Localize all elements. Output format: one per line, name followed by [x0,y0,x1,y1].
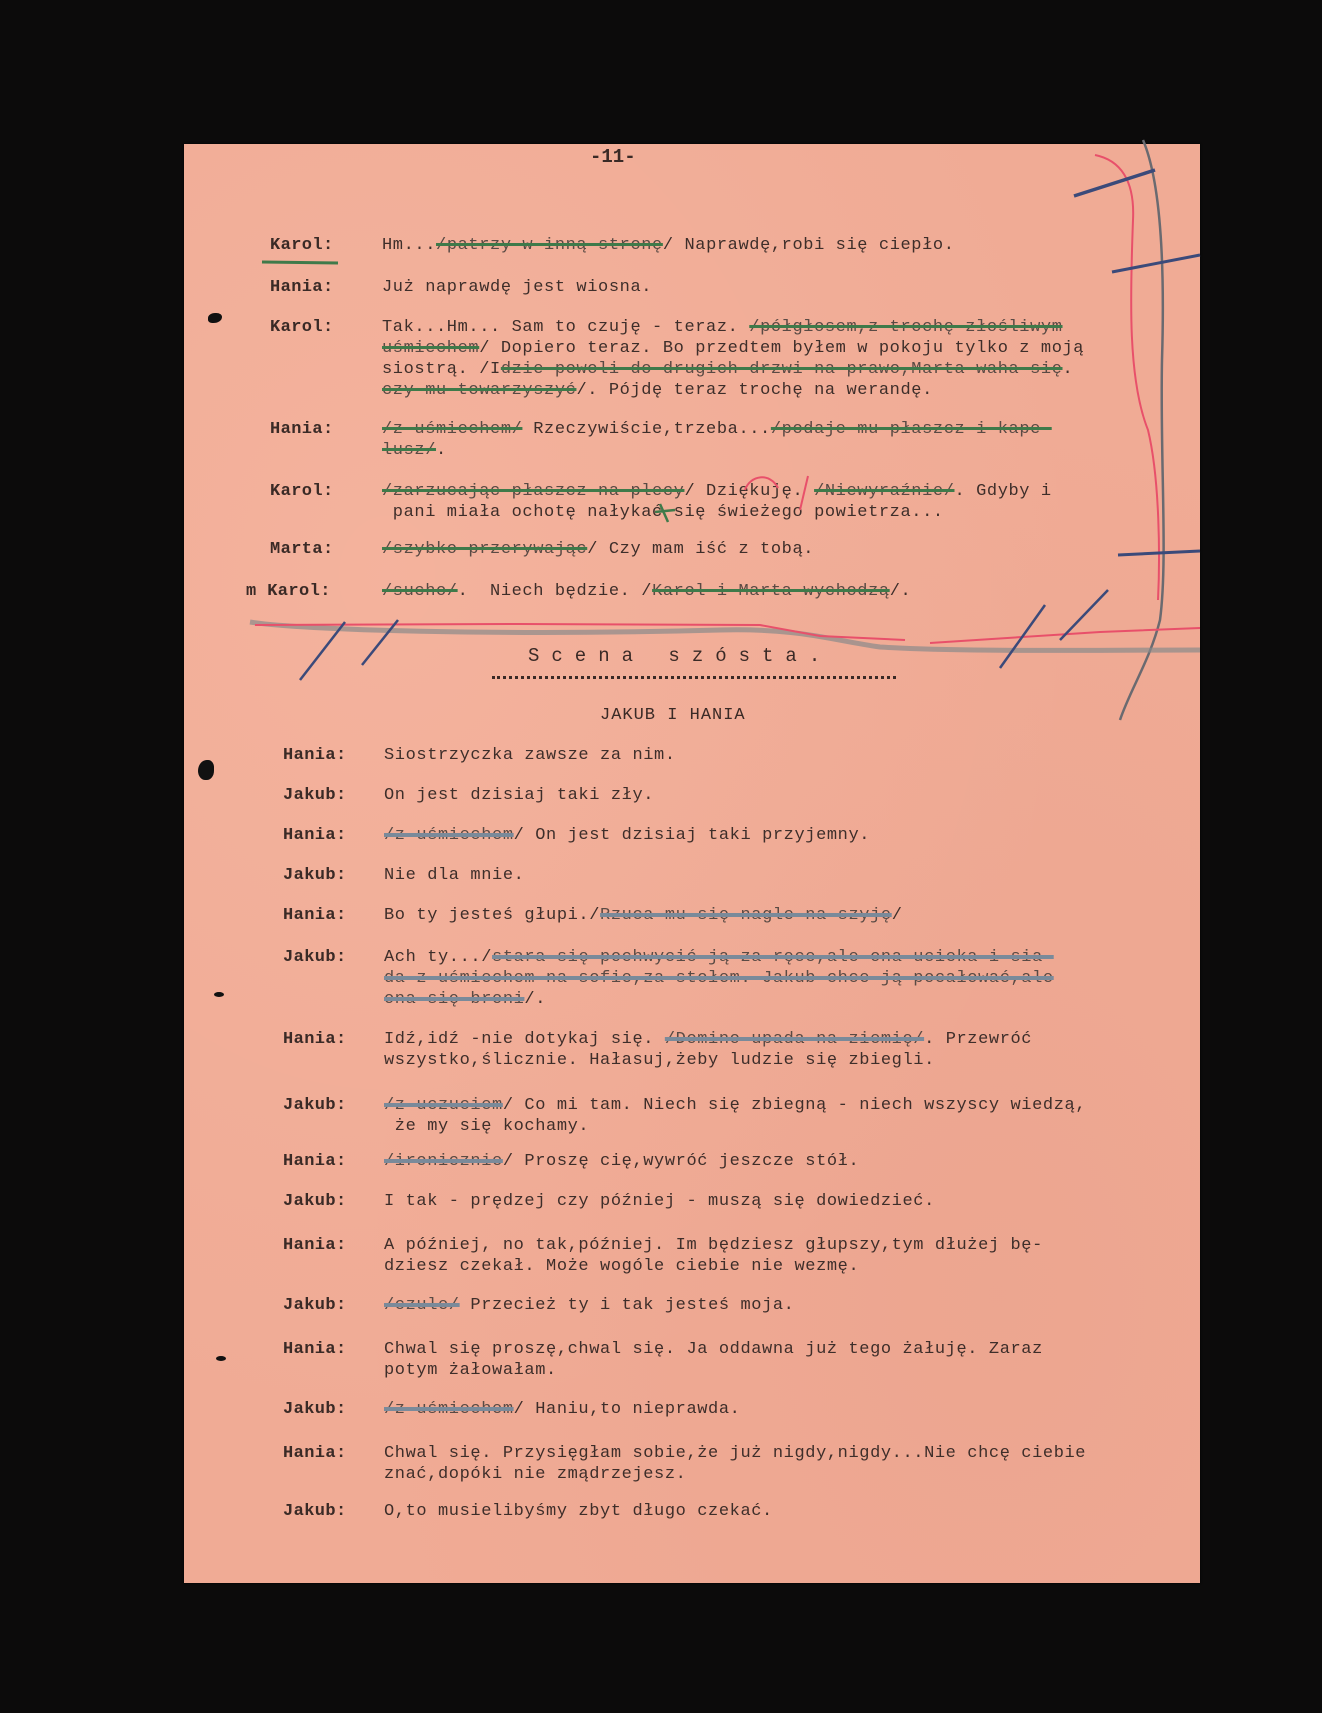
speaker-label: Jakub: [283,1400,347,1419]
speaker-label: Hania: [283,1444,347,1463]
dialogue-line: wszystko,ślicznie. Hałasuj,żeby ludzie s… [384,1051,935,1070]
struck-stage-direction: /Domino upada na ziemię/ [665,1030,924,1049]
struck-stage-direction: czy mu towarzyszyć [382,381,576,400]
dialogue-text: On jest dzisiaj taki zły. [384,786,654,805]
dialogue-line: /zarzucając płaszcz na plecy/ Dziękuję. … [382,482,1052,501]
scene-title: Scena szósta. [528,645,832,667]
dialogue-line: /sucho/. Niech będzie. /Karol i Marta wy… [382,582,911,601]
struck-stage-direction: /z uśmiechem [384,826,514,845]
speaker-label: Karol: [270,318,334,337]
struck-stage-direction: uśmiechem [382,339,479,358]
binding-mark [214,992,224,997]
speaker-label: Hania: [283,826,347,845]
dialogue-line: da z uśmiechem na sofie,za stołem. Jakub… [384,969,1054,988]
page-number: -11- [590,146,636,168]
struck-stage-direction: /czule/ [384,1296,460,1315]
speaker-label: m Karol: [246,582,331,601]
speaker-label: Jakub: [283,1096,347,1115]
dialogue-text: pani miała ochotę nałykać się świeżego p… [382,503,944,522]
struck-stage-direction: Rzuca mu się nagle na szyję [600,906,892,925]
struck-stage-direction: da z uśmiechem na sofie,za stołem. Jakub… [384,969,1054,988]
dialogue-text: / Proszę cię,wywróć jeszcze stół. [503,1152,859,1171]
dialogue-line: dziesz czekał. Może wogóle ciebie nie we… [384,1257,859,1276]
dialogue-line: Chwal się proszę,chwal się. Ja oddawna j… [384,1340,1043,1359]
dialogue-line: ona się broni/. [384,990,546,1009]
struck-stage-direction: /z uczuciem [384,1096,503,1115]
dialogue-line: /szybko przerywając/ Czy mam iść z tobą. [382,540,814,559]
dialogue-text: Tak...Hm... Sam to czuję - teraz. [382,318,749,337]
speaker-label: Hania: [283,1340,347,1359]
dialogue-line: Chwal się. Przysięgłam sobie,że już nigd… [384,1444,1086,1463]
dialogue-line: Ach ty.../stara się pochwycić ją za ręce… [384,948,1054,967]
dialogue-text: /. [524,990,546,1009]
dialogue-text: / On jest dzisiaj taki przyjemny. [514,826,870,845]
dialogue-text: Przecież ty i tak jesteś moja. [460,1296,795,1315]
dialogue-text: / Dopiero teraz. Bo przedtem byłem w pok… [479,339,1084,358]
speaker-label: Marta: [270,540,334,559]
dialogue-text: znać,dopóki nie zmądrzejesz. [384,1465,686,1484]
dialogue-text: /. [890,582,912,601]
struck-stage-direction: stara się pochwycić ją za ręce,ale ona u… [492,948,1054,967]
dialogue-line: pani miała ochotę nałykać się świeżego p… [382,503,944,522]
speaker-label: Jakub: [283,866,347,885]
dialogue-text: . Przewróć [924,1030,1032,1049]
dialogue-line: /z uśmiechem/ On jest dzisiaj taki przyj… [384,826,870,845]
struck-stage-direction: /podaje mu płaszcz i kape- [771,420,1052,439]
dialogue-line: /z uśmiechem/ Rzeczywiście,trzeba.../pod… [382,420,1052,439]
dialogue-text: . [436,441,447,460]
dialogue-text: Hm... [382,236,436,255]
dialogue-line: Hm.../patrzy w inną stronę/ Naprawdę,rob… [382,236,955,255]
dialogue-text: A później, no tak,później. Im będziesz g… [384,1236,1043,1255]
speaker-label: Hania: [283,906,347,925]
speaker-label: Jakub: [283,1192,347,1211]
scene-characters: JAKUB I HANIA [600,706,746,725]
binding-mark [216,1356,226,1361]
dialogue-text: / [892,906,903,925]
struck-stage-direction: lusz/ [382,441,436,460]
dialogue-text: wszystko,ślicznie. Hałasuj,żeby ludzie s… [384,1051,935,1070]
dialogue-line: Idź,idź -nie dotykaj się. /Domino upada … [384,1030,1032,1049]
dialogue-text: Rzeczywiście,trzeba... [522,420,770,439]
dialogue-text: . [1063,360,1074,379]
dialogue-line: czy mu towarzyszyć/. Pójdę teraz trochę … [382,381,933,400]
speaker-label: Hania: [270,278,334,297]
dialogue-line: /czule/ Przecież ty i tak jesteś moja. [384,1296,794,1315]
dialogue-text: / Naprawdę,robi się ciepło. [663,236,955,255]
dialogue-text: / Dziękuję. [684,482,814,501]
dialogue-text: Idź,idź -nie dotykaj się. [384,1030,665,1049]
struck-stage-direction: /Niewyraźnie/ [814,482,954,501]
struck-stage-direction: Karol i Marta wychodzą [652,582,890,601]
struck-stage-direction: /półgłosem,z trochę złośliwym [749,318,1062,337]
dialogue-line: Bo ty jesteś głupi./Rzuca mu się nagle n… [384,906,903,925]
scene-title-underline [492,676,896,679]
struck-stage-direction: /z uśmiechem/ [382,420,522,439]
struck-stage-direction: /patrzy w inną stronę [436,236,663,255]
dialogue-text: . Gdyby i [955,482,1052,501]
dialogue-text: O,to musielibyśmy zbyt długo czekać. [384,1502,773,1521]
dialogue-text: Bo ty jesteś głupi./ [384,906,600,925]
dialogue-text: Nie dla mnie. [384,866,524,885]
dialogue-line: znać,dopóki nie zmądrzejesz. [384,1465,686,1484]
dialogue-text: dziesz czekał. Może wogóle ciebie nie we… [384,1257,859,1276]
dialogue-line: potym żałowałam. [384,1361,557,1380]
dialogue-text: Chwal się. Przysięgłam sobie,że już nigd… [384,1444,1086,1463]
dialogue-text: Siostrzyczka zawsze za nim. [384,746,676,765]
binding-mark [198,760,214,780]
speaker-label: Karol: [270,482,334,501]
dialogue-text: że my się kochamy. [384,1117,589,1136]
dialogue-line: On jest dzisiaj taki zły. [384,786,654,805]
struck-stage-direction: ona się broni [384,990,524,1009]
struck-stage-direction: dzie powoli do drugich drzwi na prawo,Ma… [501,360,1063,379]
struck-stage-direction: /zarzucając płaszcz na plecy [382,482,684,501]
speaker-label: Hania: [283,746,347,765]
dialogue-line: lusz/. [382,441,447,460]
dialogue-line: A później, no tak,później. Im będziesz g… [384,1236,1043,1255]
dialogue-line: że my się kochamy. [384,1117,589,1136]
dialogue-line: I tak - prędzej czy później - muszą się … [384,1192,935,1211]
speaker-label: Jakub: [283,786,347,805]
speaker-label: Hania: [283,1152,347,1171]
dialogue-line: O,to musielibyśmy zbyt długo czekać. [384,1502,773,1521]
speaker-label: Hania: [270,420,334,439]
dialogue-text: . Niech będzie. / [458,582,652,601]
dialogue-text: Już naprawdę jest wiosna. [382,278,652,297]
dialogue-line: Siostrzyczka zawsze za nim. [384,746,676,765]
struck-stage-direction: /z uśmiechem [384,1400,514,1419]
struck-stage-direction: /sucho/ [382,582,458,601]
dialogue-line: /z uśmiechem/ Haniu,to nieprawda. [384,1400,740,1419]
dialogue-line: Już naprawdę jest wiosna. [382,278,652,297]
dialogue-line: Nie dla mnie. [384,866,524,885]
dialogue-line: /z uczuciem/ Co mi tam. Niech się zbiegn… [384,1096,1086,1115]
dialogue-text: / Co mi tam. Niech się zbiegną - niech w… [503,1096,1086,1115]
dialogue-text: potym żałowałam. [384,1361,557,1380]
dialogue-line: uśmiechem/ Dopiero teraz. Bo przedtem by… [382,339,1084,358]
speaker-label: Hania: [283,1030,347,1049]
struck-stage-direction: /szybko przerywając [382,540,587,559]
dialogue-text: Chwal się proszę,chwal się. Ja oddawna j… [384,1340,1043,1359]
speaker-label: Jakub: [283,1502,347,1521]
dialogue-text: /. Pójdę teraz trochę na werandę. [576,381,932,400]
struck-stage-direction: /ironicznie [384,1152,503,1171]
speaker-label: Karol: [270,236,334,255]
dialogue-text: I tak - prędzej czy później - muszą się … [384,1192,935,1211]
dialogue-text: Ach ty.../ [384,948,492,967]
dialogue-text: / Haniu,to nieprawda. [514,1400,741,1419]
speaker-label: Jakub: [283,1296,347,1315]
dialogue-text: / Czy mam iść z tobą. [587,540,814,559]
dialogue-line: siostrą. /Idzie powoli do drugich drzwi … [382,360,1073,379]
dialogue-text: siostrą. /I [382,360,501,379]
speaker-label: Hania: [283,1236,347,1255]
dialogue-line: /ironicznie/ Proszę cię,wywróć jeszcze s… [384,1152,859,1171]
speaker-label: Jakub: [283,948,347,967]
dialogue-line: Tak...Hm... Sam to czuję - teraz. /półgł… [382,318,1063,337]
